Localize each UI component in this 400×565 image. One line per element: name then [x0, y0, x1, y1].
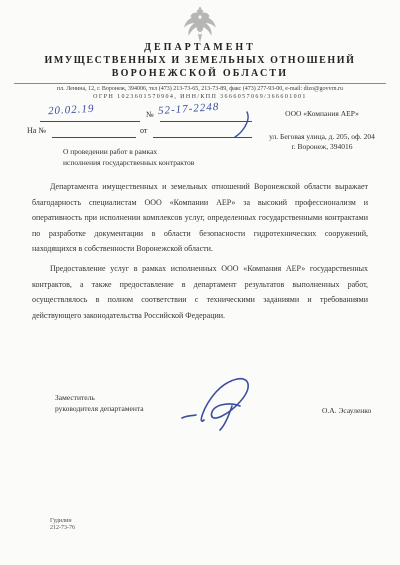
body-paragraph-1: Департамента имущественных и земельных о…: [32, 179, 368, 257]
signer-name: О.А. Эсауленко: [322, 406, 371, 415]
letterhead-title-line2: ИМУЩЕСТВЕННЫХ И ЗЕМЕЛЬНЫХ ОТНОШЕНИЙ: [0, 55, 400, 66]
number-label: №: [146, 110, 154, 119]
coat-of-arms-icon: [183, 6, 217, 46]
recipient-address-line2: г. Воронеж, 394016: [248, 142, 396, 152]
signer-position: Заместитель руководителя департамента: [55, 392, 144, 414]
letterhead-title-line3: ВОРОНЕЖСКОЙ ОБЛАСТИ: [0, 68, 400, 79]
letter-body: Департамента имущественных и земельных о…: [32, 179, 368, 323]
date-underline: [40, 120, 140, 122]
letter-page: ДЕПАРТАМЕНТ ИМУЩЕСТВЕННЫХ И ЗЕМЕЛЬНЫХ ОТ…: [0, 0, 400, 565]
signer-position-line1: Заместитель: [55, 392, 144, 403]
body-paragraph-2: Предоставление услуг в рамках исполненны…: [32, 261, 368, 323]
recipient-block: ООО «Компания АЕР» ул. Беговая улица, д.…: [248, 109, 396, 152]
subject-line1: О проведении работ в рамках: [63, 146, 194, 157]
recipient-name: ООО «Компания АЕР»: [248, 109, 396, 119]
reply-number-underline: [52, 136, 136, 138]
handwritten-date: 20.02.19: [48, 103, 95, 117]
handwritten-signature: [178, 372, 278, 439]
letterhead-divider: [14, 83, 386, 84]
subject-line2: исполнения государственных контрактов: [63, 157, 194, 168]
recipient-address-line1: ул. Беговая улица, д. 205, оф. 204: [248, 132, 396, 142]
letter-subject: О проведении работ в рамках исполнения г…: [63, 146, 194, 168]
reply-date-label: от: [140, 126, 147, 135]
letterhead-contacts: пл. Ленина, 12, г. Воронеж, 394006, тел …: [0, 86, 400, 92]
executor-name: Гудилин: [50, 518, 75, 525]
reply-date-underline: [153, 136, 252, 138]
executor-phone: 212-73-76: [50, 525, 75, 532]
letterhead-registration-numbers: ОГРН 1023601570904, ИНН/КПП 3666057069/3…: [0, 94, 400, 100]
letterhead-title-line1: ДЕПАРТАМЕНТ: [0, 42, 400, 53]
reply-number-label: На №: [27, 126, 46, 135]
handwritten-outgoing-number: 52-17-2248: [158, 101, 220, 117]
signer-position-line2: руководителя департамента: [55, 403, 144, 414]
executor-block: Гудилин 212-73-76: [50, 518, 75, 532]
